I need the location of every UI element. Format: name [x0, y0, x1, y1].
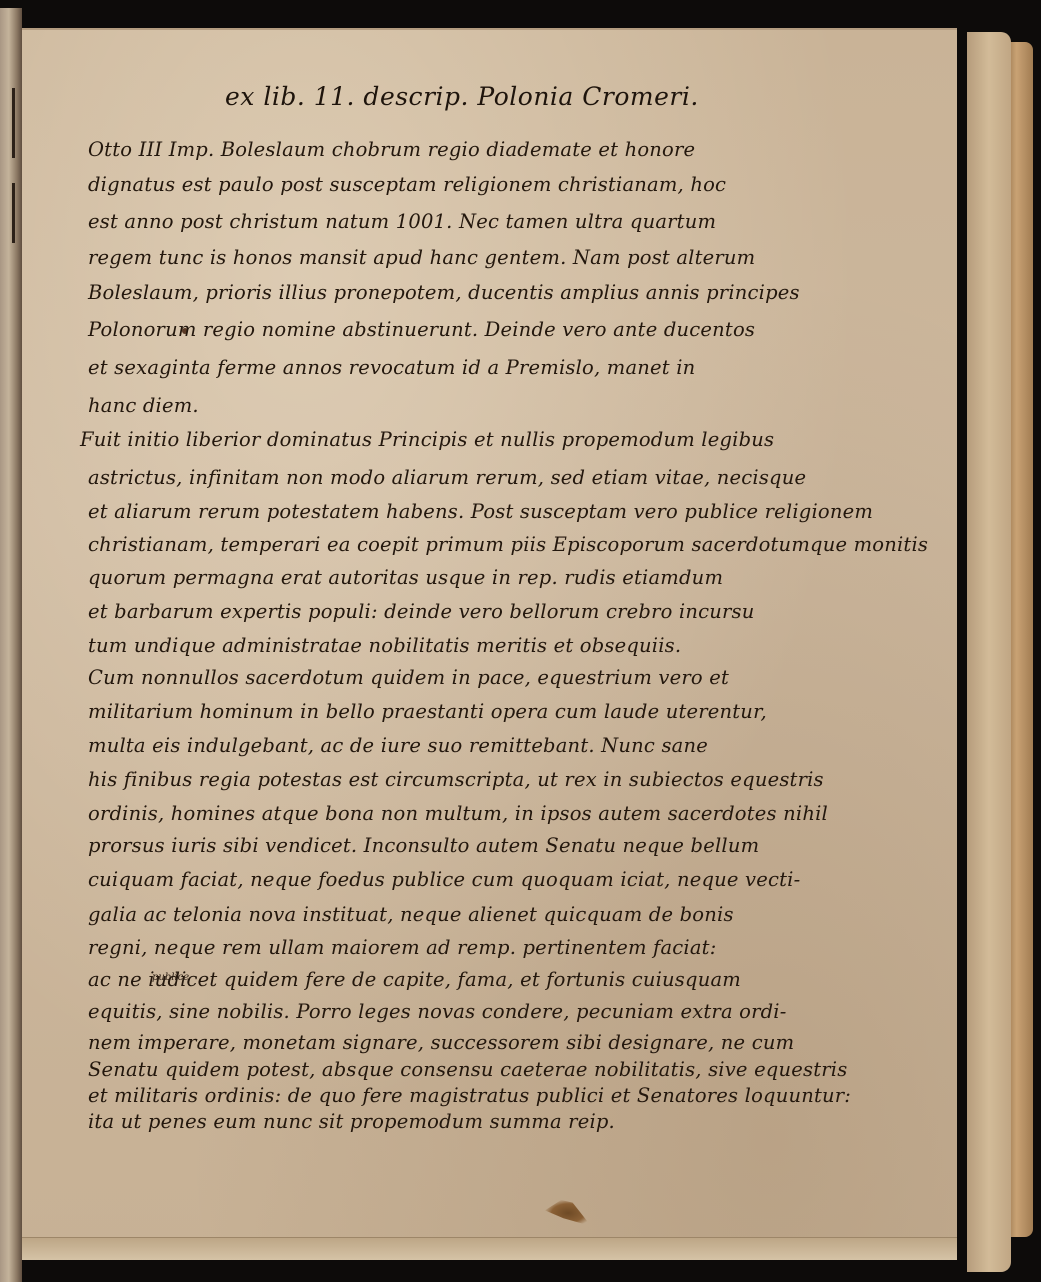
text-line: galia ac telonia nova instituat, neque a… [88, 903, 734, 926]
text-line: multa eis indulgebant, ac de iure suo re… [88, 734, 708, 757]
text-line: et militaris ordinis: de quo fere magist… [88, 1084, 851, 1107]
text-line: quorum permagna erat autoritas usque in … [88, 566, 723, 589]
text-line: et aliarum rerum potestatem habens. Post… [88, 500, 873, 523]
page-heading: ex lib. 11. descrip. Polonia Cromeri. [225, 82, 699, 111]
interlinear-note: publice [152, 972, 189, 983]
text-line: equitis, sine nobilis. Porro leges novas… [88, 1000, 787, 1023]
text-line: militarium hominum in bello praestanti o… [88, 700, 767, 723]
text-line: regni, neque rem ullam maiorem ad remp. … [88, 936, 716, 959]
text-line: Boleslaum, prioris illius pronepotem, du… [88, 281, 800, 304]
text-line: Polonorum regio nomine abstinuerunt. Dei… [88, 318, 755, 341]
text-line: dignatus est paulo post susceptam religi… [88, 173, 726, 196]
text-line: et sexaginta ferme annos revocatum id a … [88, 356, 695, 379]
text-line: nem imperare, monetam signare, successor… [88, 1031, 794, 1054]
text-line: ordinis, homines atque bona non multum, … [88, 802, 828, 825]
text-line: regem tunc is honos mansit apud hanc gen… [88, 246, 755, 269]
text-line: christianam, temperari ea coepit primum … [88, 533, 928, 556]
text-line: est anno post christum natum 1001. Nec t… [88, 210, 716, 233]
text-line: et barbarum expertis populi: deinde vero… [88, 600, 755, 623]
gutter-crack [12, 88, 15, 158]
text-line: astrictus, infinitam non modo aliarum re… [88, 466, 806, 489]
text-line: Senatu quidem potest, absque consensu ca… [88, 1058, 847, 1081]
text-line: hanc diem. [88, 394, 199, 417]
text-line: his finibus regia potestas est circumscr… [88, 768, 824, 791]
text-line: cuiquam faciat, neque foedus publice cum… [88, 868, 800, 891]
text-line: prorsus iuris sibi vendicet. Inconsulto … [88, 834, 759, 857]
text-line: ita ut penes eum nunc sit propemodum sum… [88, 1110, 615, 1133]
text-line: tum undique administratae nobilitatis me… [88, 634, 681, 657]
text-line: Otto III Imp. Boleslaum chobrum regio di… [88, 138, 695, 161]
gutter-crack [12, 183, 15, 243]
book-gutter [0, 8, 22, 1282]
text-line: Fuit initio liberior dominatus Principis… [80, 428, 774, 451]
page-edge-inner [967, 32, 1011, 1272]
text-line: Cum nonnullos sacerdotum quidem in pace,… [88, 666, 729, 689]
